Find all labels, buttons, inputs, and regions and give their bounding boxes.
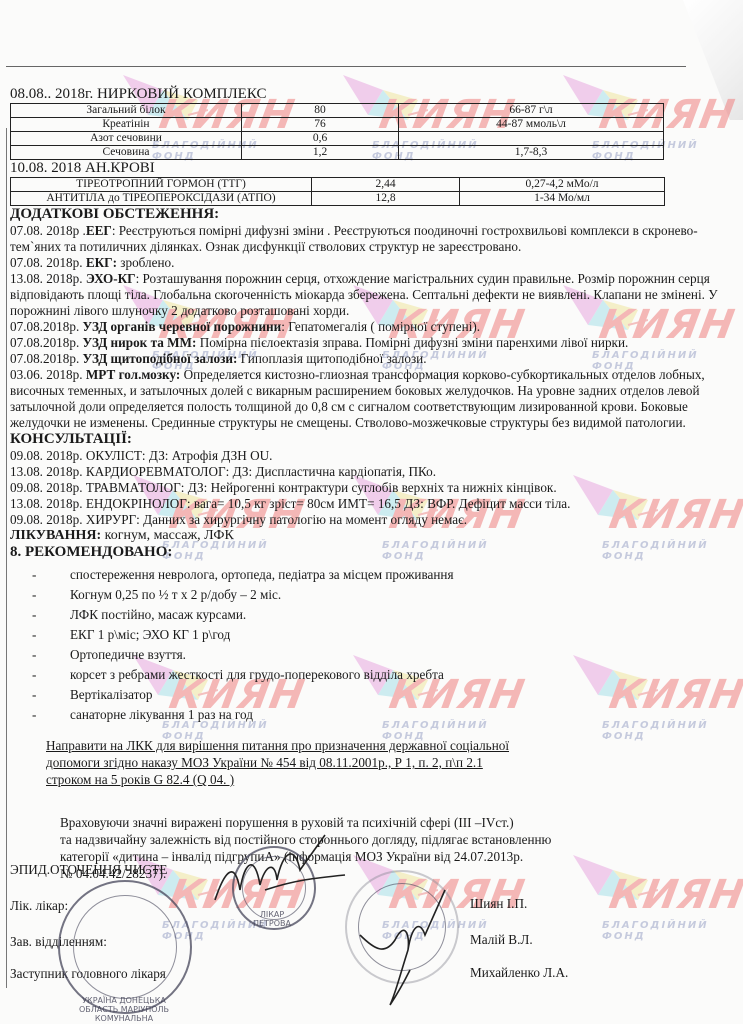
exam-date: 03.06. 2018р. xyxy=(10,367,86,382)
recommendation-item: -Ортопедичне взуття. xyxy=(32,645,730,665)
test-name-cell: АНТИТІЛА до ТІРЕОПЕРОКСІДАЗИ (АТПО) xyxy=(11,192,312,206)
test-name-cell: Креатінін xyxy=(11,118,242,132)
conclusion-line: та надзвичайну залежність від постійного… xyxy=(60,831,730,848)
exam-date: 07.08.2018р. xyxy=(10,319,83,334)
recommendation-item: -ЛФК постійно, масаж курсами. xyxy=(32,605,730,625)
referral-paragraph: Направити на ЛКК для вирішення питання п… xyxy=(46,737,730,788)
test-name-cell: Загальний білок xyxy=(11,104,242,118)
exam-date: 07.08.2018р. xyxy=(10,335,83,350)
result-cell: 1,2 xyxy=(242,146,399,160)
additional-exams-heading: ДОДАТКОВІ ОБСТЕЖЕННЯ: xyxy=(10,206,730,223)
left-margin-line xyxy=(6,128,7,988)
exam-date: 07.08. 2018р . xyxy=(10,223,86,238)
bullet-dash: - xyxy=(32,645,70,665)
round-seal-text: УКРАЇНА ДОНЕЦЬКА ОБЛАСТЬ МАРІУПОЛЬ КОМУН… xyxy=(64,996,184,1023)
kidney-table-row: Сечовина1,21,7-8,3 xyxy=(11,146,664,160)
consultation-entry: 13.08. 2018р. КАРДИОРЕВМАТОЛОГ: ДЗ: Дисп… xyxy=(10,464,730,480)
blood-panel-table: ТІРЕОТРОПНИЙ ГОРМОН (ТТГ)2,440,27-4,2 мМ… xyxy=(10,177,665,206)
bullet-dash: - xyxy=(32,605,70,625)
exam-date: 13.08. 2018р. xyxy=(10,271,86,286)
exam-entry: 03.06. 2018р. МРТ гол.мозку: Определяетс… xyxy=(10,367,730,431)
recommendation-text: Ортопедичне взуття. xyxy=(70,647,186,662)
blood-table-row: ТІРЕОТРОПНИЙ ГОРМОН (ТТГ)2,440,27-4,2 мМ… xyxy=(11,178,665,192)
recommendation-item: -Вертікалізатор xyxy=(32,685,730,705)
result-cell: 76 xyxy=(242,118,399,132)
blood-table-row: АНТИТІЛА до ТІРЕОПЕРОКСІДАЗИ (АТПО)12,81… xyxy=(11,192,665,206)
kidney-table-row: Загальний білок8066-87 г\л xyxy=(11,104,664,118)
signature-role-1: Лік. лікар: xyxy=(10,898,68,914)
consultation-entry: 09.08. 2018р. ОКУЛІСТ: ДЗ: Атрофія ДЗН O… xyxy=(10,448,730,464)
conclusion-line: Враховуючи значні виражені порушення в р… xyxy=(60,814,730,831)
document-page: КИЯНБЛАГОДІЙНИЙ ФОНДКИЯНБЛАГОДІЙНИЙ ФОНД… xyxy=(0,0,743,1024)
exam-text: : Реєструються помірні дифузні зміни . Р… xyxy=(10,223,698,254)
exam-date: 07.08.2018р. xyxy=(10,351,83,366)
consultations-list: 09.08. 2018р. ОКУЛІСТ: ДЗ: Атрофія ДЗН O… xyxy=(10,448,730,528)
result-cell: 2,44 xyxy=(312,178,460,192)
reference-cell xyxy=(399,132,664,146)
recommendation-item: -санаторне лікування 1 раз на год xyxy=(32,705,730,725)
test-name-cell: ТІРЕОТРОПНИЙ ГОРМОН (ТТГ) xyxy=(11,178,312,192)
epid-status: ЭПИД.ОТОЧЕННЯ ЧИСТЕ xyxy=(10,862,167,878)
top-divider xyxy=(6,66,686,67)
reference-cell: 1-34 Мо/мл xyxy=(460,192,665,206)
kidney-panel-table: Загальний білок8066-87 г\лКреатінін7644-… xyxy=(10,103,664,160)
bullet-dash: - xyxy=(32,565,70,585)
head-signature xyxy=(350,880,460,1010)
treatment-line: ЛІКУВАННЯ: когнум, массаж, ЛФК xyxy=(10,528,730,544)
exam-date: 07.08. 2018р. xyxy=(10,255,86,270)
round-seal-stamp xyxy=(58,880,192,1014)
document-body: 08.08.. 2018г. НИРКОВИЙ КОМПЛЕКС Загальн… xyxy=(10,86,730,882)
consultation-entry: 13.08. 2018р. ЕНДОКРІНОЛОГ: вага= 10,5 к… xyxy=(10,496,730,512)
kidney-panel-heading: 08.08.. 2018г. НИРКОВИЙ КОМПЛЕКС xyxy=(10,86,730,103)
referral-line: допомоги згідно наказу МОЗ України № 454… xyxy=(46,754,730,771)
kidney-table-row: Азот сечовини0,6 xyxy=(11,132,664,146)
bullet-dash: - xyxy=(32,685,70,705)
signature-name-2: Малій В.Л. xyxy=(470,932,533,948)
exam-entry: 07.08. 2018р. ЕКГ: зроблено. xyxy=(10,255,730,271)
exam-text: Помірна пієлоектазія зправа. Помірні диф… xyxy=(196,335,628,350)
recommendation-text: ЕКГ 1 р\міс; ЭХО КГ 1 р\год xyxy=(70,627,230,642)
exam-entry: 13.08. 2018р. ЭХО-КГ: Розташування порож… xyxy=(10,271,730,319)
recommendation-text: Когнум 0,25 по ½ т х 2 р/добу – 2 міс. xyxy=(70,587,281,602)
recommended-heading: 8. РЕКОМЕНДОВАНО: xyxy=(10,544,730,561)
treatment-text: когнум, массаж, ЛФК xyxy=(101,528,234,543)
test-name-cell: Сечовина xyxy=(11,146,242,160)
exam-label: ЕКГ: xyxy=(86,255,117,270)
recommendation-item: -Когнум 0,25 по ½ т х 2 р/добу – 2 міс. xyxy=(32,585,730,605)
treatment-label: ЛІКУВАННЯ: xyxy=(10,528,101,543)
result-cell: 0,6 xyxy=(242,132,399,146)
signature-name-3: Михайленко Л.А. xyxy=(470,965,568,981)
recommendation-text: ЛФК постійно, масаж курсами. xyxy=(70,607,246,622)
exam-label: МРТ гол.мозку: xyxy=(86,367,180,382)
reference-cell: 0,27-4,2 мМо/л xyxy=(460,178,665,192)
result-cell: 80 xyxy=(242,104,399,118)
recommendations-list: -спостереження невролога, ортопеда, педі… xyxy=(10,565,730,725)
kidney-table-row: Креатінін7644-87 ммоль\л xyxy=(11,118,664,132)
exam-entry: 07.08.2018р. УЗД нирок та ММ: Помірна пі… xyxy=(10,335,730,351)
bullet-dash: - xyxy=(32,705,70,725)
exam-label: УЗД органів черевної порожнини xyxy=(83,319,282,334)
referral-line: строком на 5 років G 82.4 (Q 04. ) xyxy=(46,771,730,788)
exam-entry: 07.08.2018р. УЗД щитоподібної залози: Ги… xyxy=(10,351,730,367)
doctor-signature xyxy=(205,830,355,930)
watermark-subtitle: БЛАГОДІЙНИЙ ФОНД xyxy=(602,920,709,942)
exam-text: зроблено. xyxy=(117,255,174,270)
reference-cell: 1,7-8,3 xyxy=(399,146,664,160)
consultation-entry: 09.08. 2018р. ТРАВМАТОЛОГ: ДЗ: Нейрогенн… xyxy=(10,480,730,496)
consultation-entry: 09.08. 2018р. ХИРУРГ: Данних за хирургіч… xyxy=(10,512,730,528)
recommendation-text: санаторне лікування 1 раз на год xyxy=(70,707,253,722)
blood-panel-heading: 10.08. 2018 АН.КРОВІ xyxy=(10,160,730,177)
bullet-dash: - xyxy=(32,665,70,685)
test-name-cell: Азот сечовини xyxy=(11,132,242,146)
bullet-dash: - xyxy=(32,585,70,605)
bullet-dash: - xyxy=(32,625,70,645)
recommendation-text: корсет з ребрами жесткості для грудо-поп… xyxy=(70,667,444,682)
recommendation-item: -ЕКГ 1 р\міс; ЭХО КГ 1 р\год xyxy=(32,625,730,645)
recommendation-text: спостереження невролога, ортопеда, педіа… xyxy=(70,567,454,582)
exam-entry: 07.08.2018р. УЗД органів черевної порожн… xyxy=(10,319,730,335)
exam-entry: 07.08. 2018р .ЕЕГ: Реєструються помірні … xyxy=(10,223,730,255)
consultations-heading: КОНСУЛЬТАЦІЇ: xyxy=(10,431,730,448)
reference-cell: 44-87 ммоль\л xyxy=(399,118,664,132)
recommendation-text: Вертікалізатор xyxy=(70,687,152,702)
referral-line: Направити на ЛКК для вирішення питання п… xyxy=(46,737,730,754)
exam-label: УЗД нирок та ММ: xyxy=(83,335,197,350)
signature-name-1: Шиян І.П. xyxy=(470,896,527,912)
additional-exams-list: 07.08. 2018р .ЕЕГ: Реєструються помірні … xyxy=(10,223,730,431)
exam-label: ЭХО-КГ xyxy=(86,271,136,286)
recommendation-item: -корсет з ребрами жесткості для грудо-по… xyxy=(32,665,730,685)
exam-text: : Гепатомегалія ( помірної ступені). xyxy=(281,319,480,334)
exam-text: Гипоплазія щитоподібної залози. xyxy=(237,351,426,366)
exam-label: ЕЕГ xyxy=(86,223,112,238)
result-cell: 12,8 xyxy=(312,192,460,206)
reference-cell: 66-87 г\л xyxy=(399,104,664,118)
recommendation-item: -спостереження невролога, ортопеда, педі… xyxy=(32,565,730,585)
exam-label: УЗД щитоподібної залози: xyxy=(83,351,238,366)
